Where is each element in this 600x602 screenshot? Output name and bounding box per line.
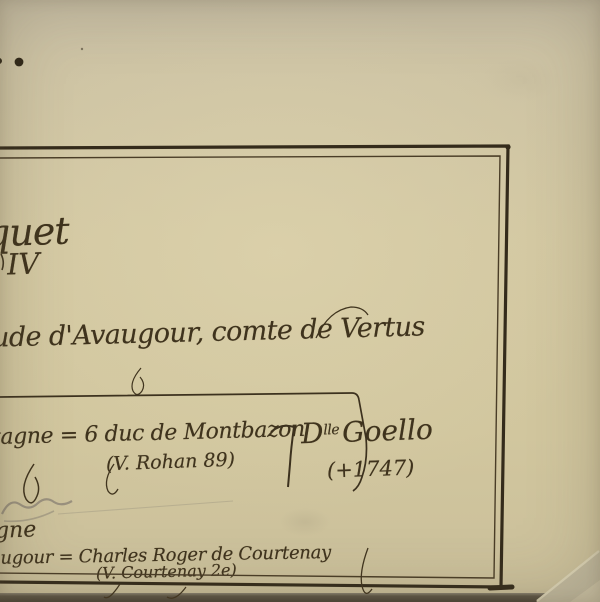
ink-dots xyxy=(0,48,83,67)
manuscript-photo: quet IV ude d'Avaugour, comte de Vertus … xyxy=(0,0,600,602)
flourish-strokes xyxy=(1,254,372,598)
pencil-scribble xyxy=(2,499,233,521)
frame-outer-border xyxy=(0,146,508,587)
frame-inner-border xyxy=(0,156,500,578)
ink-dot-edge xyxy=(0,58,2,64)
paper-bottom-edge-shadow xyxy=(0,593,600,602)
ink-dot xyxy=(15,58,24,67)
connector-lines xyxy=(0,393,367,491)
ink-strokes-overlay xyxy=(0,0,600,602)
folded-corner xyxy=(536,551,600,602)
child-bracket xyxy=(271,426,294,487)
frame-border xyxy=(0,144,512,588)
ink-speck xyxy=(81,48,83,50)
connector-line xyxy=(0,393,367,491)
